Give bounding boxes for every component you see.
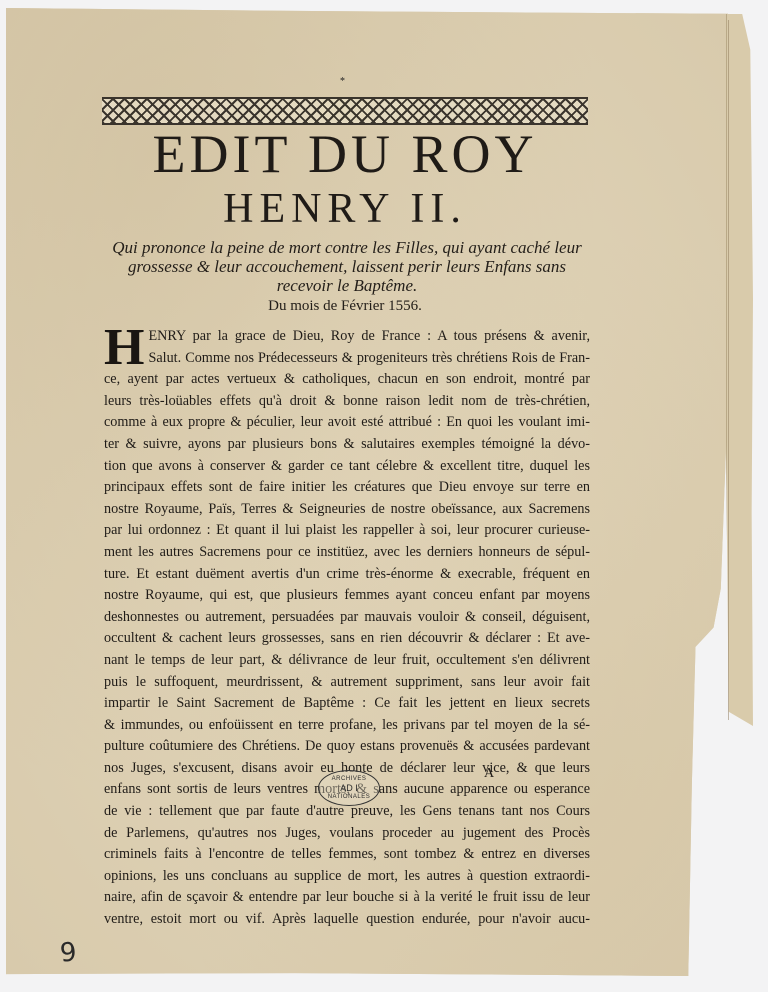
title-line-2: HENRY II. [102, 186, 588, 232]
body-line: nostre Royaume, Païs, Terres & Seigneuri… [104, 499, 590, 521]
stamp-line-3: NATIONALES [328, 793, 371, 802]
printer-mark: * [340, 76, 345, 87]
body-line: nostre Royaume, qui est, que plusieurs f… [104, 585, 590, 607]
title-line-1: EDIT DU ROY [102, 124, 588, 184]
body-line: nant le temps de leur part, & délivrance… [104, 650, 590, 672]
body-line: occultent & cachent leurs grossesses, sa… [104, 628, 590, 650]
body-line: & immundes, ou enfoüissent en terre prof… [104, 715, 590, 737]
edict-body: H ENRY par la grace de Dieu, Roy de Fran… [104, 326, 590, 931]
body-line: par lui ordonnez : Et quant il lui plais… [104, 520, 590, 542]
fold-line [728, 20, 729, 720]
body-line: puis le suffoquent, meurdrissent, & autr… [104, 672, 590, 694]
body-line: ENRY par la grace de Dieu, Roy de France… [104, 326, 590, 348]
folded-page-edge [726, 14, 753, 726]
body-line: impartir le Saint Sacrement de Baptême :… [104, 693, 590, 715]
handwritten-folio-number: 9 [59, 937, 78, 968]
body-line: ce, ayent par actes vertueux & catholiqu… [104, 369, 590, 391]
body-line: deshonnestes ou autrement, persuadées pa… [104, 607, 590, 629]
body-line: pulture coûtumiere des Chrétiens. De quo… [104, 736, 590, 758]
drop-cap: H [104, 328, 144, 368]
body-line: Salut. Comme nos Prédecesseurs & progeni… [104, 348, 590, 370]
stamp-line-2: AD I [340, 784, 358, 793]
body-line: ventre, estoit mort ou vif. Après laquel… [104, 909, 590, 931]
body-line: ment les autres Sacremens pour ce instit… [104, 542, 590, 564]
body-line: opinions, les uns concluans au supplice … [104, 866, 590, 888]
body-line: comme à eux propre & péculier, leur avoi… [104, 412, 590, 434]
body-line: de Parlemens, qu'autres nos Juges, voula… [104, 823, 590, 845]
body-line: naire, afin de sçavoir & entendre par le… [104, 887, 590, 909]
body-line: leurs très-loüables effets qu'à droit & … [104, 391, 590, 413]
subtitle: Qui prononce la peine de mort contre les… [102, 238, 592, 295]
body-line: ture. Et estant duëment avertis d'un cri… [104, 564, 590, 586]
body-line: tion que avons à conserver & garder ce t… [104, 456, 590, 478]
body-line: ter & suivre, ayons par plusieurs bons &… [104, 434, 590, 456]
archives-nationales-stamp: ARCHIVES AD I NATIONALES [318, 770, 380, 806]
signature-mark: A [484, 766, 494, 782]
decorative-ornament-band [102, 97, 588, 125]
body-line: criminels faits à l'encontre de telles f… [104, 844, 590, 866]
body-line: principaux effets sont de faire initier … [104, 477, 590, 499]
date-line: Du mois de Février 1556. [102, 298, 588, 315]
